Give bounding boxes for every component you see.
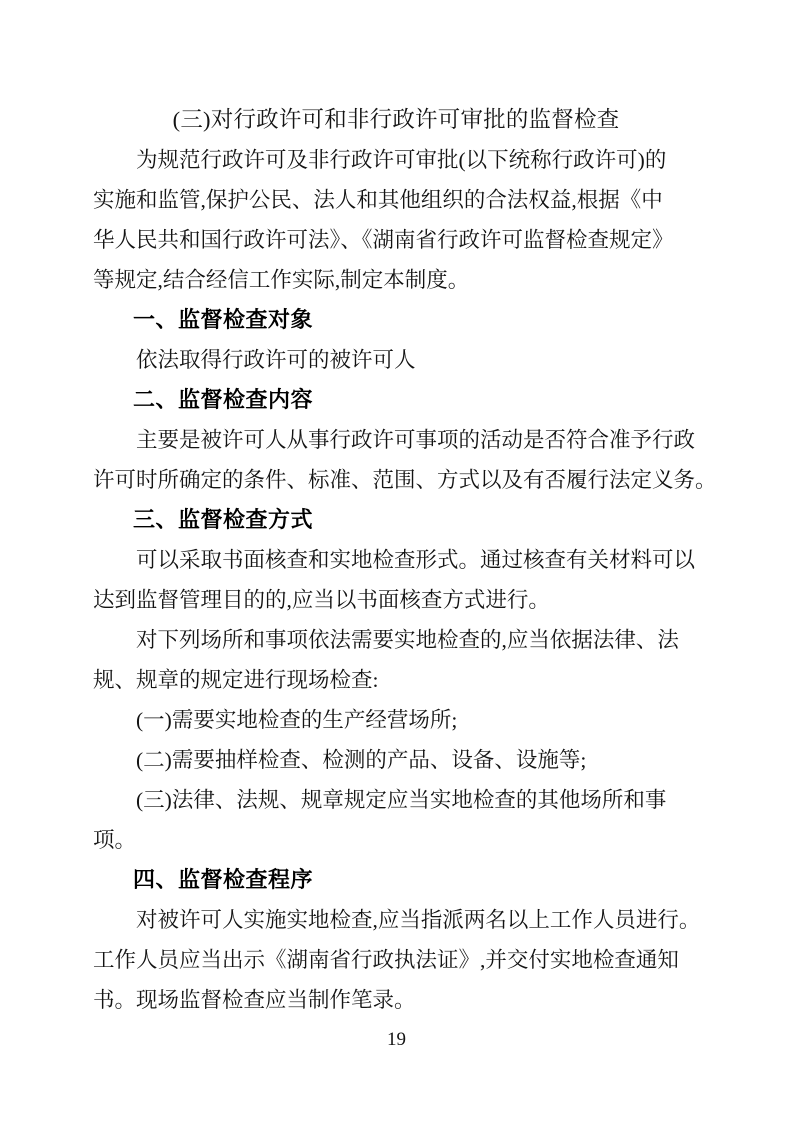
paragraph-line: 规、规章的规定进行现场检查: bbox=[93, 660, 699, 700]
section-heading: 二、监督检查内容 bbox=[93, 380, 699, 420]
paragraph: 为规范行政许可及非行政许可审批(以下统称行政许可)的实施和监管,保护公民、法人和… bbox=[93, 140, 699, 300]
paragraph: (三)法律、法规、规章规定应当实地检查的其他场所和事项。 bbox=[93, 780, 699, 860]
paragraph-line: (三)法律、法规、规章规定应当实地检查的其他场所和事 bbox=[93, 780, 699, 820]
section-heading-text: 一、监督检查对象 bbox=[93, 300, 699, 340]
paragraph-line: 主要是被许可人从事行政许可事项的活动是否符合准予行政 bbox=[93, 420, 699, 460]
section-title: (三)对行政许可和非行政许可审批的监督检查 bbox=[93, 100, 699, 140]
paragraph-line: 可以采取书面核查和实地检查形式。通过核查有关材料可以 bbox=[93, 540, 699, 580]
paragraph: 依法取得行政许可的被许可人 bbox=[93, 340, 699, 380]
paragraph-line: 实施和监管,保护公民、法人和其他组织的合法权益,根据《中 bbox=[93, 180, 699, 220]
section-heading: 四、监督检查程序 bbox=[93, 860, 699, 900]
section-heading-text: 四、监督检查程序 bbox=[93, 860, 699, 900]
paragraph: (二)需要抽样检查、检测的产品、设备、设施等; bbox=[93, 740, 699, 780]
paragraph-line: 华人民共和国行政许可法》、《湖南省行政许可监督检查规定》 bbox=[93, 220, 699, 260]
section-title-text: (三)对行政许可和非行政许可审批的监督检查 bbox=[93, 100, 699, 140]
document-page: (三)对行政许可和非行政许可审批的监督检查为规范行政许可及非行政许可审批(以下统… bbox=[0, 0, 793, 1122]
page-content: (三)对行政许可和非行政许可审批的监督检查为规范行政许可及非行政许可审批(以下统… bbox=[93, 100, 699, 1020]
paragraph-line: 项。 bbox=[93, 820, 699, 860]
section-heading: 三、监督检查方式 bbox=[93, 500, 699, 540]
section-heading-text: 二、监督检查内容 bbox=[93, 380, 699, 420]
paragraph-line: 等规定,结合经信工作实际,制定本制度。 bbox=[93, 260, 699, 300]
paragraph-line: 工作人员应当出示《湖南省行政执法证》,并交付实地检查通知 bbox=[93, 940, 699, 980]
section-heading-text: 三、监督检查方式 bbox=[93, 500, 699, 540]
paragraph-line: 依法取得行政许可的被许可人 bbox=[93, 340, 699, 380]
paragraph-line: 对被许可人实施实地检查,应当指派两名以上工作人员进行。 bbox=[93, 900, 699, 940]
paragraph-line: 书。现场监督检查应当制作笔录。 bbox=[93, 980, 699, 1020]
paragraph: 主要是被许可人从事行政许可事项的活动是否符合准予行政许可时所确定的条件、标准、范… bbox=[93, 420, 699, 500]
paragraph-line: 许可时所确定的条件、标准、范围、方式以及有否履行法定义务。 bbox=[93, 460, 699, 500]
paragraph-line: 为规范行政许可及非行政许可审批(以下统称行政许可)的 bbox=[93, 140, 699, 180]
paragraph: 对下列场所和事项依法需要实地检查的,应当依据法律、法规、规章的规定进行现场检查: bbox=[93, 620, 699, 700]
paragraph: 可以采取书面核查和实地检查形式。通过核查有关材料可以达到监督管理目的的,应当以书… bbox=[93, 540, 699, 620]
page-number: 19 bbox=[0, 1020, 793, 1060]
paragraph-line: (二)需要抽样检查、检测的产品、设备、设施等; bbox=[93, 740, 699, 780]
paragraph-line: (一)需要实地检查的生产经营场所; bbox=[93, 700, 699, 740]
paragraph: (一)需要实地检查的生产经营场所; bbox=[93, 700, 699, 740]
paragraph-line: 达到监督管理目的的,应当以书面核查方式进行。 bbox=[93, 580, 699, 620]
section-heading: 一、监督检查对象 bbox=[93, 300, 699, 340]
paragraph-line: 对下列场所和事项依法需要实地检查的,应当依据法律、法 bbox=[93, 620, 699, 660]
paragraph: 对被许可人实施实地检查,应当指派两名以上工作人员进行。工作人员应当出示《湖南省行… bbox=[93, 900, 699, 1020]
